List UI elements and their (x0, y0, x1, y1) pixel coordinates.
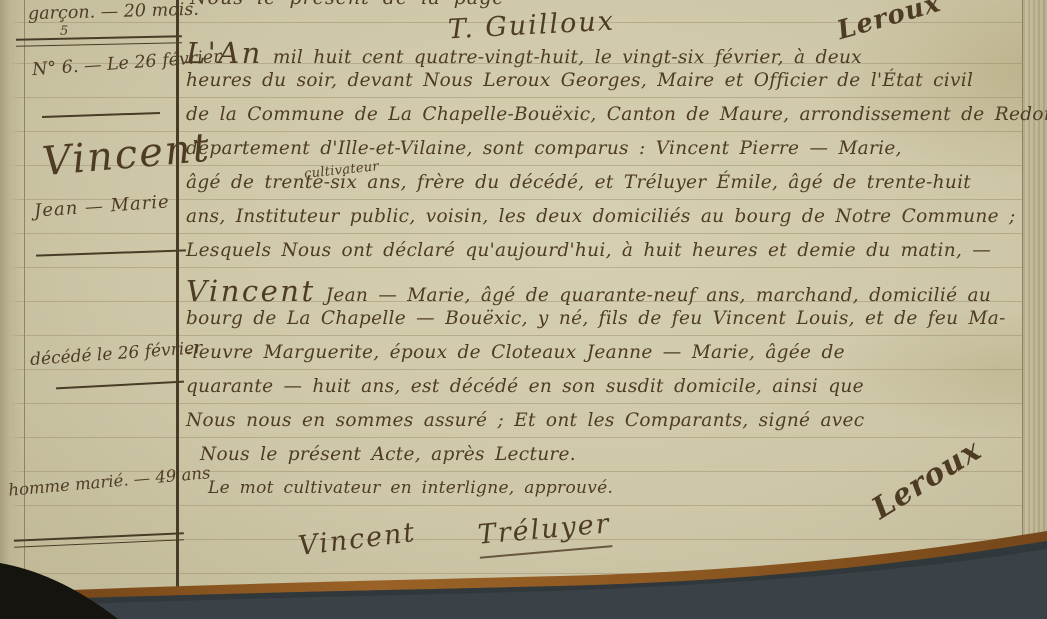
margin-rule (42, 112, 160, 118)
act-line: heures du soir, devant Nous Leroux Georg… (186, 70, 1020, 104)
act-line-text: Jean — Marie, âgé de quarante-neuf ans, … (326, 285, 991, 306)
act-line: ans, Instituteur public, voisin, les deu… (186, 206, 1020, 240)
act-line: -leuvre Marguerite, époux de Cloteaux Je… (186, 342, 1020, 376)
act-line-text: Nous le présent Acte, après Lecture. (200, 444, 576, 465)
act-line: Nous nous en sommes assuré ; Et ont les … (186, 410, 1020, 444)
previous-act-last-line: Nous le présent de la page (190, 0, 505, 9)
act-line: quarante — huit ans, est décédé en son s… (186, 376, 1020, 410)
margin-rule (56, 381, 184, 390)
act-line-text: de la Commune de La Chapelle-Bouëxic, Ca… (186, 104, 1047, 125)
act-line-text: mil huit cent quatre-vingt-huit, le ving… (273, 47, 862, 68)
book-bottom-edge (0, 489, 1047, 619)
act-line: Lesquels Nous ont déclaré qu'aujourd'hui… (186, 240, 1020, 274)
act-line-lead-word: Vincent (186, 274, 316, 308)
act-line: de la Commune de La Chapelle-Bouëxic, Ca… (186, 104, 1020, 138)
act-line: Nous le présent Acte, après Lecture. (186, 444, 1020, 478)
act-line: bourg de La Chapelle — Bouëxic, y né, fi… (186, 308, 1020, 342)
act-line-text: ans, Instituteur public, voisin, les deu… (186, 206, 1016, 227)
act-line-text: bourg de La Chapelle — Bouëxic, y né, fi… (186, 308, 1006, 329)
act-line-text: quarante — huit ans, est décédé en son s… (186, 376, 864, 397)
act-line-text: Lesquels Nous ont déclaré qu'aujourd'hui… (186, 240, 991, 261)
register-page-scan: garçon. — 20 mois. 5 N° 6. — Le 26 févri… (0, 0, 1047, 619)
act-line-text: heures du soir, devant Nous Leroux Georg… (186, 70, 973, 91)
act-line: VincentJean — Marie, âgé de quarante-neu… (186, 274, 1020, 308)
act-line-lead-word: L'An (186, 36, 263, 70)
deceased-firstnames: Jean — Marie (33, 191, 170, 221)
previous-entry-note: garçon. — 20 mois. (28, 0, 198, 24)
margin-rule (36, 249, 186, 256)
act-body: L'Anmil huit cent quatre-vingt-huit, le … (186, 36, 1020, 512)
act-line: âgé de trente-six ans, frère du décédé, … (186, 172, 1020, 206)
act-line-text: Nous nous en sommes assuré ; Et ont les … (186, 410, 864, 431)
act-line: L'Anmil huit cent quatre-vingt-huit, le … (186, 36, 1020, 70)
entry-divider-double-rule (16, 35, 182, 46)
act-line-text: département d'Ille-et-Vilaine, sont comp… (186, 138, 902, 159)
act-line-text: -leuvre Marguerite, époux de Cloteaux Je… (186, 342, 845, 363)
